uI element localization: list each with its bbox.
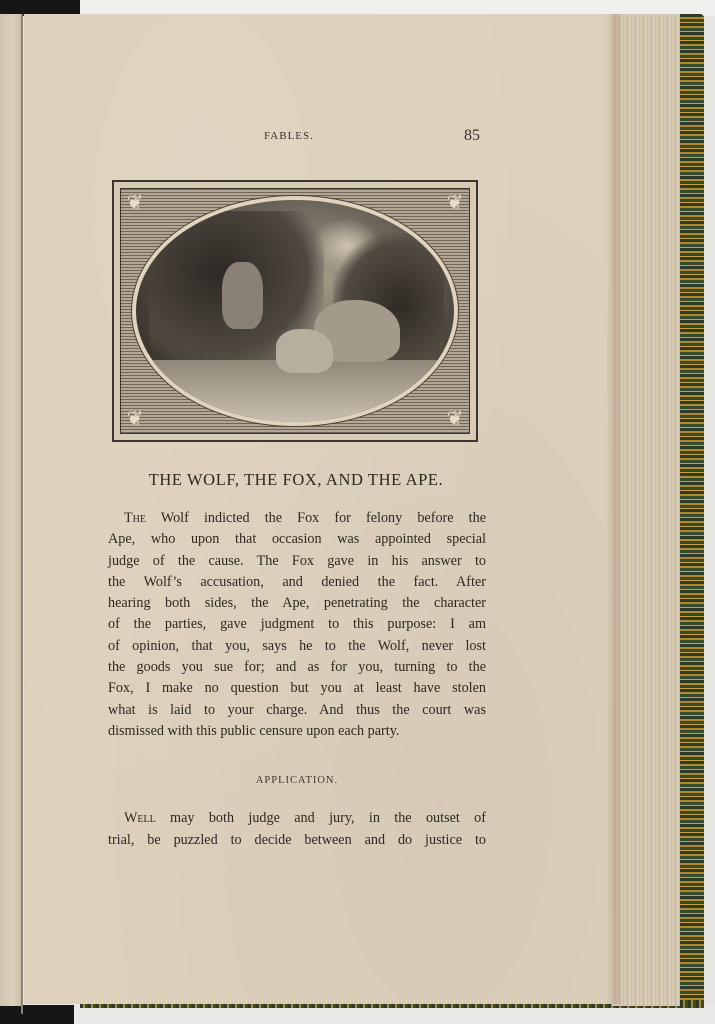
page-number: 85 — [464, 127, 480, 145]
background-scan-edge — [0, 1005, 74, 1024]
book-binding-spine-edge — [680, 14, 704, 1008]
application-body: Well may both judge and jury, in the out… — [108, 807, 486, 851]
text-run: may both judge and jury, in the outset o… — [156, 810, 486, 826]
ornament-icon: ❦ — [442, 190, 468, 216]
text-line: hearing both sides, the Ape, penetrating… — [108, 593, 486, 614]
text-line: Well may both judge and jury, in the out… — [108, 807, 486, 829]
text-line: Fox, I make no question but you at least… — [108, 678, 486, 699]
text-run: Wolf indicted the Fox for felony before … — [146, 510, 486, 526]
text-line: The Wolf indicted the Fox for felony bef… — [108, 508, 486, 529]
text-line: Ape, who upon that occasion was appointe… — [108, 529, 486, 550]
fable-body: The Wolf indicted the Fox for felony bef… — [108, 508, 486, 742]
ornament-icon: ❦ — [122, 190, 148, 216]
text-line: judge of the cause. The Fox gave in his … — [108, 551, 486, 572]
text-line: the goods you sue for; and as for you, t… — [108, 657, 486, 678]
fable-title: THE WOLF, THE FOX, AND THE APE. — [108, 470, 484, 490]
drop-lead-word: Well — [124, 810, 156, 826]
text-line: of opinion, that you, says he to the Wol… — [108, 636, 486, 657]
gutter — [21, 14, 23, 1014]
application-heading: APPLICATION. — [108, 775, 486, 786]
page-edge-stain — [606, 14, 624, 1004]
ape-figure — [222, 262, 263, 329]
text-line: dismissed with this public censure upon … — [108, 721, 486, 742]
illustration-oval-scene — [132, 196, 458, 426]
running-head: FABLES. — [264, 130, 314, 142]
text-line: of the parties, gave judgment to this pu… — [108, 614, 486, 635]
text-line: trial, be puzzled to decide between and … — [108, 829, 486, 851]
facing-page-edge — [0, 14, 22, 1006]
fable-illustration: ❦ ❦ ❦ ❦ — [112, 180, 478, 442]
fox-figure — [276, 329, 333, 373]
text-line: the Wolf’s accusation, and denied the fa… — [108, 572, 486, 593]
text-line: what is laid to your charge. And thus th… — [108, 700, 486, 721]
drop-lead-word: The — [124, 510, 146, 526]
